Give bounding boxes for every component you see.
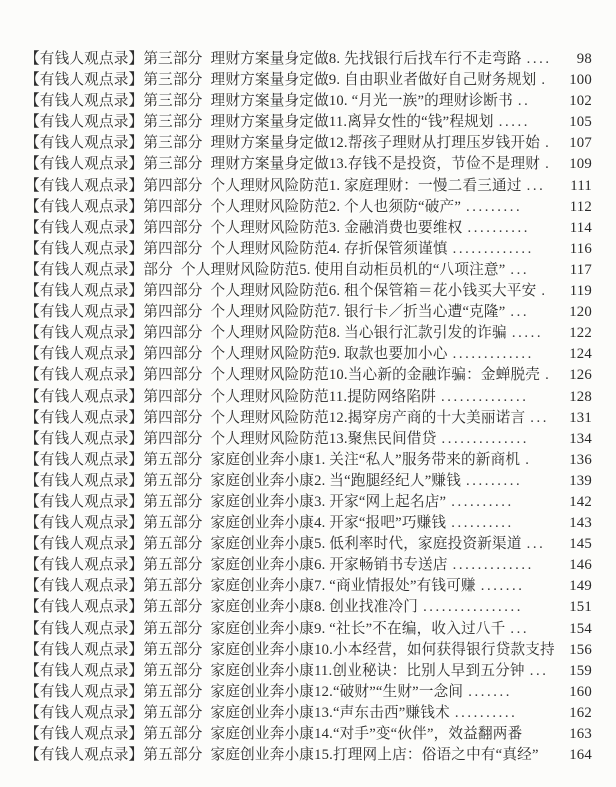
page-number: 145	[565, 534, 592, 555]
dot-leader: .	[545, 133, 551, 154]
toc-entry: 【有钱人观点录】 第四部分 个人理财风险防范13.聚焦民间借贷 ........…	[25, 429, 592, 450]
series-tag: 【有钱人观点录】	[25, 471, 143, 492]
dot-leader: .	[545, 154, 551, 175]
part-label: 第三部分	[143, 49, 210, 70]
series-tag: 【有钱人观点录】	[25, 576, 143, 597]
part-label: 第四部分	[143, 239, 210, 260]
page-number: 163	[565, 724, 592, 745]
part-label: 第五部分	[143, 450, 210, 471]
part-label: 第五部分	[143, 513, 210, 534]
page-number: 122	[565, 323, 592, 344]
toc-entry: 【有钱人观点录】 第四部分 个人理财风险防范9. 取款也要加小心 .......…	[25, 344, 592, 365]
part-label: 第四部分	[143, 176, 210, 197]
entry-title: 个人理财风险防范5. 使用自动柜员机的“八项注意”	[181, 260, 505, 281]
page-number: 146	[565, 555, 592, 576]
toc-entry: 【有钱人观点录】 第三部分 理财方案量身定做13.存钱不是投资，节俭不是理财 .…	[25, 154, 592, 175]
part-label: 第五部分	[143, 640, 210, 661]
page-number: 160	[565, 682, 592, 703]
series-tag: 【有钱人观点录】	[25, 176, 143, 197]
toc-entry: 【有钱人观点录】 第三部分 理财方案量身定做9. 自由职业者做好自己财务规划 .…	[25, 70, 592, 91]
scanned-toc-page: 【有钱人观点录】 第三部分 理财方案量身定做8. 先找银行后找车行不走弯路 ..…	[0, 0, 616, 787]
series-tag: 【有钱人观点录】	[25, 682, 143, 703]
page-number: 142	[565, 492, 592, 513]
series-tag: 【有钱人观点录】	[25, 408, 143, 429]
toc-entry: 【有钱人观点录】 第五部分 家庭创业奔小康9. “社长”不在编，收入过八千 ..…	[25, 619, 592, 640]
entry-title: 个人理财风险防范1. 家庭理财：一慢二看三通过	[211, 176, 522, 197]
page-number: 151	[565, 597, 592, 618]
part-label: 第四部分	[143, 281, 210, 302]
series-tag: 【有钱人观点录】	[25, 492, 143, 513]
dot-leader: ................	[423, 597, 523, 618]
part-label: 第四部分	[143, 344, 210, 365]
dot-leader: .............	[453, 239, 534, 260]
part-label: 第四部分	[143, 387, 210, 408]
part-label: 第五部分	[143, 555, 210, 576]
toc-entry: 【有钱人观点录】 第四部分 个人理财风险防范2. 个人也须防“破产” .....…	[25, 197, 592, 218]
entry-title: 个人理财风险防范2. 个人也须防“破产”	[211, 197, 461, 218]
series-tag: 【有钱人观点录】	[25, 260, 143, 281]
toc-entry: 【有钱人观点录】 第五部分 家庭创业奔小康3. 开家“网上起名店” ......…	[25, 492, 592, 513]
page-number: 139	[565, 471, 592, 492]
dot-leader: .	[545, 365, 551, 386]
toc-entry: 【有钱人观点录】 第五部分 家庭创业奔小康2. 当“跑腿经纪人”赚钱 .....…	[25, 471, 592, 492]
page-number: 159	[565, 661, 592, 682]
page-number: 131	[565, 408, 592, 429]
series-tag: 【有钱人观点录】	[25, 133, 143, 154]
dot-leader: ...	[510, 619, 529, 640]
series-tag: 【有钱人观点录】	[25, 429, 143, 450]
entry-title: 个人理财风险防范7. 银行卡／折当心遭“克隆”	[211, 302, 506, 323]
part-label: 第三部分	[143, 91, 210, 112]
dot-leader: ...	[510, 302, 529, 323]
part-label: 第五部分	[143, 703, 210, 724]
dot-leader: ...	[527, 534, 546, 555]
page-number: 112	[566, 197, 592, 218]
entry-title: 家庭创业奔小康8. 创业找准冷门	[211, 597, 419, 618]
toc-entry: 【有钱人观点录】 第四部分 个人理财风险防范3. 金融消费也要维权 ......…	[25, 218, 592, 239]
dot-leader: .............	[453, 344, 534, 365]
series-tag: 【有钱人观点录】	[25, 344, 143, 365]
series-tag: 【有钱人观点录】	[25, 387, 143, 408]
part-label: 第四部分	[143, 429, 210, 450]
part-label: 第五部分	[143, 682, 210, 703]
page-number: 102	[565, 91, 592, 112]
page-number: 134	[565, 429, 592, 450]
dot-leader: .	[541, 281, 547, 302]
toc-entry: 【有钱人观点录】 第五部分 家庭创业奔小康12.“破财”“生财”一念间 ....…	[25, 682, 592, 703]
part-label: 第四部分	[143, 218, 210, 239]
dot-leader: ..	[518, 91, 531, 112]
toc-list: 【有钱人观点录】 第三部分 理财方案量身定做8. 先找银行后找车行不走弯路 ..…	[25, 49, 592, 766]
toc-entry: 【有钱人观点录】 第五部分 家庭创业奔小康4. 开家“报吧”巧赚钱 ......…	[25, 513, 592, 534]
series-tag: 【有钱人观点录】	[25, 597, 143, 618]
part-label: 第五部分	[143, 471, 210, 492]
series-tag: 【有钱人观点录】	[25, 70, 143, 91]
dot-leader: .	[525, 450, 531, 471]
toc-entry: 【有钱人观点录】 第四部分 个人理财风险防范4. 存折保管须谨慎 .......…	[25, 239, 592, 260]
entry-title: 个人理财风险防范11.提防网络陷阱	[211, 387, 436, 408]
dot-leader: ..........	[451, 513, 513, 534]
entry-title: 个人理财风险防范8. 当心银行汇款引发的诈骗	[211, 323, 507, 344]
entry-title: 个人理财风险防范12.揭穿房产商的十大美丽诺言	[211, 408, 526, 429]
series-tag: 【有钱人观点录】	[25, 154, 143, 175]
part-label: 第三部分	[143, 133, 210, 154]
part-label: 第四部分	[143, 365, 210, 386]
toc-entry: 【有钱人观点录】 第五部分 家庭创业奔小康5. 低利率时代，家庭投资新渠道 ..…	[25, 534, 592, 555]
part-label: 第四部分	[143, 302, 210, 323]
entry-title: 家庭创业奔小康15.打理网上店：俗语之中有“真经”	[211, 745, 539, 766]
dot-leader: .............	[453, 555, 534, 576]
entry-title: 个人理财风险防范3. 金融消费也要维权	[211, 218, 463, 239]
series-tag: 【有钱人观点录】	[25, 365, 143, 386]
entry-title: 理财方案量身定做8. 先找银行后找车行不走弯路	[211, 49, 522, 70]
dot-leader: .....	[499, 112, 530, 133]
toc-entry: 【有钱人观点录】 第三部分 理财方案量身定做10. “月光一族”的理财诊断书 .…	[25, 91, 592, 112]
series-tag: 【有钱人观点录】	[25, 703, 143, 724]
page-number: 149	[565, 576, 592, 597]
toc-entry: 【有钱人观点录】 第三部分 理财方案量身定做8. 先找银行后找车行不走弯路 ..…	[25, 49, 592, 70]
page-number: 136	[565, 450, 592, 471]
series-tag: 【有钱人观点录】	[25, 534, 143, 555]
part-label: 第三部分	[143, 112, 210, 133]
dot-leader: ....	[527, 49, 552, 70]
part-label: 第五部分	[143, 661, 210, 682]
part-label: 第三部分	[143, 70, 210, 91]
toc-entry: 【有钱人观点录】 第四部分 个人理财风险防范6. 租个保管箱＝花小钱买大平安 .…	[25, 281, 592, 302]
dot-leader: ..........	[467, 218, 529, 239]
series-tag: 【有钱人观点录】	[25, 513, 143, 534]
series-tag: 【有钱人观点录】	[25, 724, 143, 745]
toc-entry: 【有钱人观点录】 第四部分 个人理财风险防范7. 银行卡／折当心遭“克隆” ..…	[25, 302, 592, 323]
page-number: 119	[566, 281, 592, 302]
toc-entry: 【有钱人观点录】 第四部分 个人理财风险防范1. 家庭理财：一慢二看三通过 ..…	[25, 176, 592, 197]
series-tag: 【有钱人观点录】	[25, 640, 143, 661]
page-number: 117	[566, 260, 592, 281]
toc-entry: 【有钱人观点录】 第三部分 理财方案量身定做12.帮孩子理财从打理压岁钱开始 .…	[25, 133, 592, 154]
entry-title: 家庭创业奔小康11.创业秘诀：比别人早到五分钟	[211, 661, 525, 682]
entry-title: 家庭创业奔小康4. 开家“报吧”巧赚钱	[211, 513, 447, 534]
dot-leader: .	[541, 70, 547, 91]
page-number: 162	[565, 703, 592, 724]
series-tag: 【有钱人观点录】	[25, 239, 143, 260]
toc-entry: 【有钱人观点录】 第五部分 家庭创业奔小康6. 开家畅销书专送店 .......…	[25, 555, 592, 576]
entry-title: 家庭创业奔小康7. “商业情报处”有钱可赚	[211, 576, 476, 597]
part-label: 第四部分	[143, 197, 210, 218]
part-label: 第四部分	[143, 323, 210, 344]
toc-entry: 【有钱人观点录】 第四部分 个人理财风险防范11.提防网络陷阱 ........…	[25, 387, 592, 408]
page-number: 107	[565, 133, 592, 154]
toc-entry: 【有钱人观点录】 第五部分 家庭创业奔小康1. 关注“私人”服务带来的新商机 .…	[25, 450, 592, 471]
page-number: 128	[565, 387, 592, 408]
dot-leader: .........	[466, 197, 522, 218]
toc-entry: 【有钱人观点录】 第五部分 家庭创业奔小康15.打理网上店：俗语之中有“真经” …	[25, 745, 592, 766]
series-tag: 【有钱人观点录】	[25, 197, 143, 218]
series-tag: 【有钱人观点录】	[25, 323, 143, 344]
series-tag: 【有钱人观点录】	[25, 450, 143, 471]
page-number: 124	[565, 344, 592, 365]
toc-entry: 【有钱人观点录】 第五部分 家庭创业奔小康10.小本经营，如何获得银行贷款支持 …	[25, 640, 592, 661]
entry-title: 理财方案量身定做11.离异女性的“钱”程规划	[211, 112, 494, 133]
part-label: 第五部分	[143, 597, 210, 618]
series-tag: 【有钱人观点录】	[25, 302, 143, 323]
entry-title: 理财方案量身定做9. 自由职业者做好自己财务规划	[211, 70, 537, 91]
toc-entry: 【有钱人观点录】 第五部分 家庭创业奔小康13.“声东击西”赚钱术 ......…	[25, 703, 592, 724]
entry-title: 家庭创业奔小康3. 开家“网上起名店”	[211, 492, 447, 513]
dot-leader: .......	[468, 682, 512, 703]
part-label: 第五部分	[143, 492, 210, 513]
toc-entry: 【有钱人观点录】 第五部分 家庭创业奔小康8. 创业找准冷门 .........…	[25, 597, 592, 618]
series-tag: 【有钱人观点录】	[25, 281, 143, 302]
entry-title: 家庭创业奔小康14.“对手”变“伙伴”，效益翻两番	[211, 724, 523, 745]
dot-leader: ...	[530, 408, 549, 429]
series-tag: 【有钱人观点录】	[25, 745, 143, 766]
series-tag: 【有钱人观点录】	[25, 112, 143, 133]
entry-title: 家庭创业奔小康10.小本经营，如何获得银行贷款支持	[211, 640, 555, 661]
page-number: 126	[565, 365, 592, 386]
part-label: 第三部分	[143, 154, 210, 175]
series-tag: 【有钱人观点录】	[25, 49, 143, 70]
entry-title: 个人理财风险防范6. 租个保管箱＝花小钱买大平安	[211, 281, 537, 302]
toc-entry: 【有钱人观点录】 第五部分 家庭创业奔小康7. “商业情报处”有钱可赚 ....…	[25, 576, 592, 597]
entry-title: 家庭创业奔小康2. 当“跑腿经纪人”赚钱	[211, 471, 461, 492]
dot-leader: ..............	[441, 387, 528, 408]
part-label: 第五部分	[143, 576, 210, 597]
entry-title: 理财方案量身定做12.帮孩子理财从打理压岁钱开始	[211, 133, 541, 154]
entry-title: 家庭创业奔小康9. “社长”不在编，收入过八千	[211, 619, 506, 640]
toc-entry: 【有钱人观点录】 部分 个人理财风险防范5. 使用自动柜员机的“八项注意” ..…	[25, 260, 592, 281]
page-number: 143	[565, 513, 592, 534]
entry-title: 理财方案量身定做13.存钱不是投资，节俭不是理财	[211, 154, 541, 175]
page-number: 120	[565, 302, 592, 323]
entry-title: 家庭创业奔小康5. 低利率时代，家庭投资新渠道	[211, 534, 522, 555]
page-number: 114	[566, 218, 592, 239]
series-tag: 【有钱人观点录】	[25, 91, 143, 112]
page-number: 154	[565, 619, 592, 640]
dot-leader: .....	[512, 323, 543, 344]
page-number: 105	[565, 112, 592, 133]
part-label: 第五部分	[143, 534, 210, 555]
page-number: 98	[573, 49, 592, 70]
toc-entry: 【有钱人观点录】 第三部分 理财方案量身定做11.离异女性的“钱”程规划 ...…	[25, 112, 592, 133]
part-label: 部分	[143, 260, 181, 281]
toc-entry: 【有钱人观点录】 第五部分 家庭创业奔小康11.创业秘诀：比别人早到五分钟 ..…	[25, 661, 592, 682]
series-tag: 【有钱人观点录】	[25, 555, 143, 576]
dot-leader: ..........	[451, 492, 513, 513]
page-number: 100	[565, 70, 592, 91]
toc-entry: 【有钱人观点录】 第四部分 个人理财风险防范8. 当心银行汇款引发的诈骗 ...…	[25, 323, 592, 344]
series-tag: 【有钱人观点录】	[25, 661, 143, 682]
entry-title: 家庭创业奔小康6. 开家畅销书专送店	[211, 555, 448, 576]
toc-entry: 【有钱人观点录】 第四部分 个人理财风险防范10.当心新的金融诈骗：金蝉脱壳 .…	[25, 365, 592, 386]
dot-leader: ...	[510, 260, 529, 281]
toc-entry: 【有钱人观点录】 第四部分 个人理财风险防范12.揭穿房产商的十大美丽诺言 ..…	[25, 408, 592, 429]
page-number: 109	[565, 154, 592, 175]
page-number: 164	[565, 745, 592, 766]
series-tag: 【有钱人观点录】	[25, 218, 143, 239]
entry-title: 个人理财风险防范9. 取款也要加小心	[211, 344, 448, 365]
page-number: 111	[566, 176, 592, 197]
dot-leader: ...	[527, 176, 546, 197]
entry-title: 个人理财风险防范4. 存折保管须谨慎	[211, 239, 448, 260]
toc-entry: 【有钱人观点录】 第五部分 家庭创业奔小康14.“对手”变“伙伴”，效益翻两番 …	[25, 724, 592, 745]
dot-leader: ..............	[442, 429, 529, 450]
entry-title: 家庭创业奔小康13.“声东击西”赚钱术	[211, 703, 450, 724]
part-label: 第五部分	[143, 724, 210, 745]
entry-title: 家庭创业奔小康12.“破财”“生财”一念间	[211, 682, 464, 703]
part-label: 第五部分	[143, 619, 210, 640]
part-label: 第四部分	[143, 408, 210, 429]
dot-leader: ...	[530, 661, 549, 682]
entry-title: 个人理财风险防范10.当心新的金融诈骗：金蝉脱壳	[211, 365, 541, 386]
series-tag: 【有钱人观点录】	[25, 619, 143, 640]
entry-title: 理财方案量身定做10. “月光一族”的理财诊断书	[211, 91, 513, 112]
page-number: 116	[566, 239, 592, 260]
dot-leader: .........	[466, 471, 522, 492]
part-label: 第五部分	[143, 745, 210, 766]
entry-title: 家庭创业奔小康1. 关注“私人”服务带来的新商机	[211, 450, 521, 471]
dot-leader: .......	[481, 576, 525, 597]
dot-leader: ..........	[455, 703, 517, 724]
page-number: 156	[565, 640, 592, 661]
entry-title: 个人理财风险防范13.聚焦民间借贷	[211, 429, 437, 450]
